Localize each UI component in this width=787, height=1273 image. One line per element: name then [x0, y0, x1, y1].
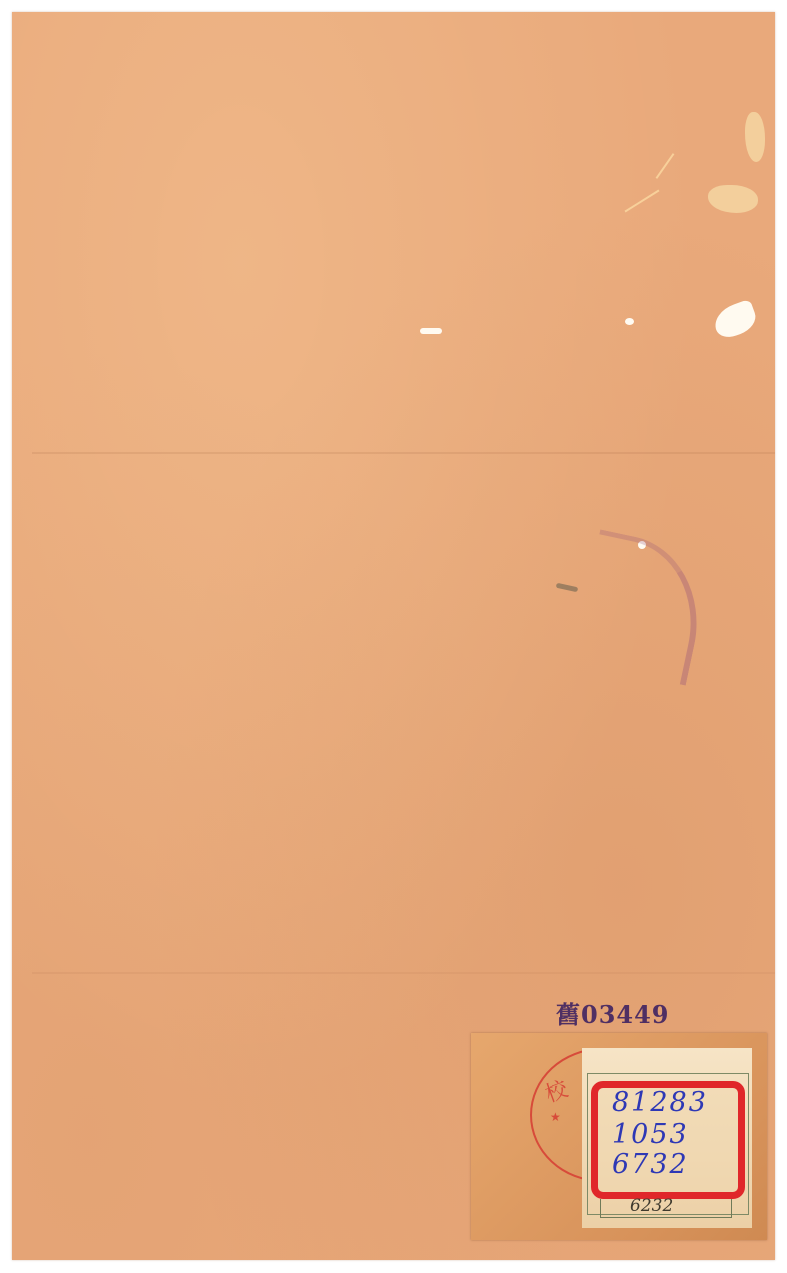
- call-number-line-3: 6732: [612, 1149, 689, 1180]
- call-number-line-1: 81283: [612, 1087, 708, 1118]
- paper-damage-hole: [420, 328, 442, 334]
- paper-tear: [745, 112, 765, 162]
- call-number-line-2: 1053: [612, 1119, 689, 1150]
- fold-line: [32, 452, 775, 454]
- catalog-stamp: 舊03449: [556, 995, 670, 1030]
- catalog-stamp-prefix: 舊: [556, 1000, 581, 1029]
- fold-line-lower: [32, 972, 775, 974]
- catalog-stamp-number: 03449: [581, 1000, 670, 1029]
- paper-damage-hole: [625, 318, 634, 325]
- seal-star-icon: ★: [550, 1110, 561, 1124]
- sub-number: 6232: [630, 1196, 673, 1216]
